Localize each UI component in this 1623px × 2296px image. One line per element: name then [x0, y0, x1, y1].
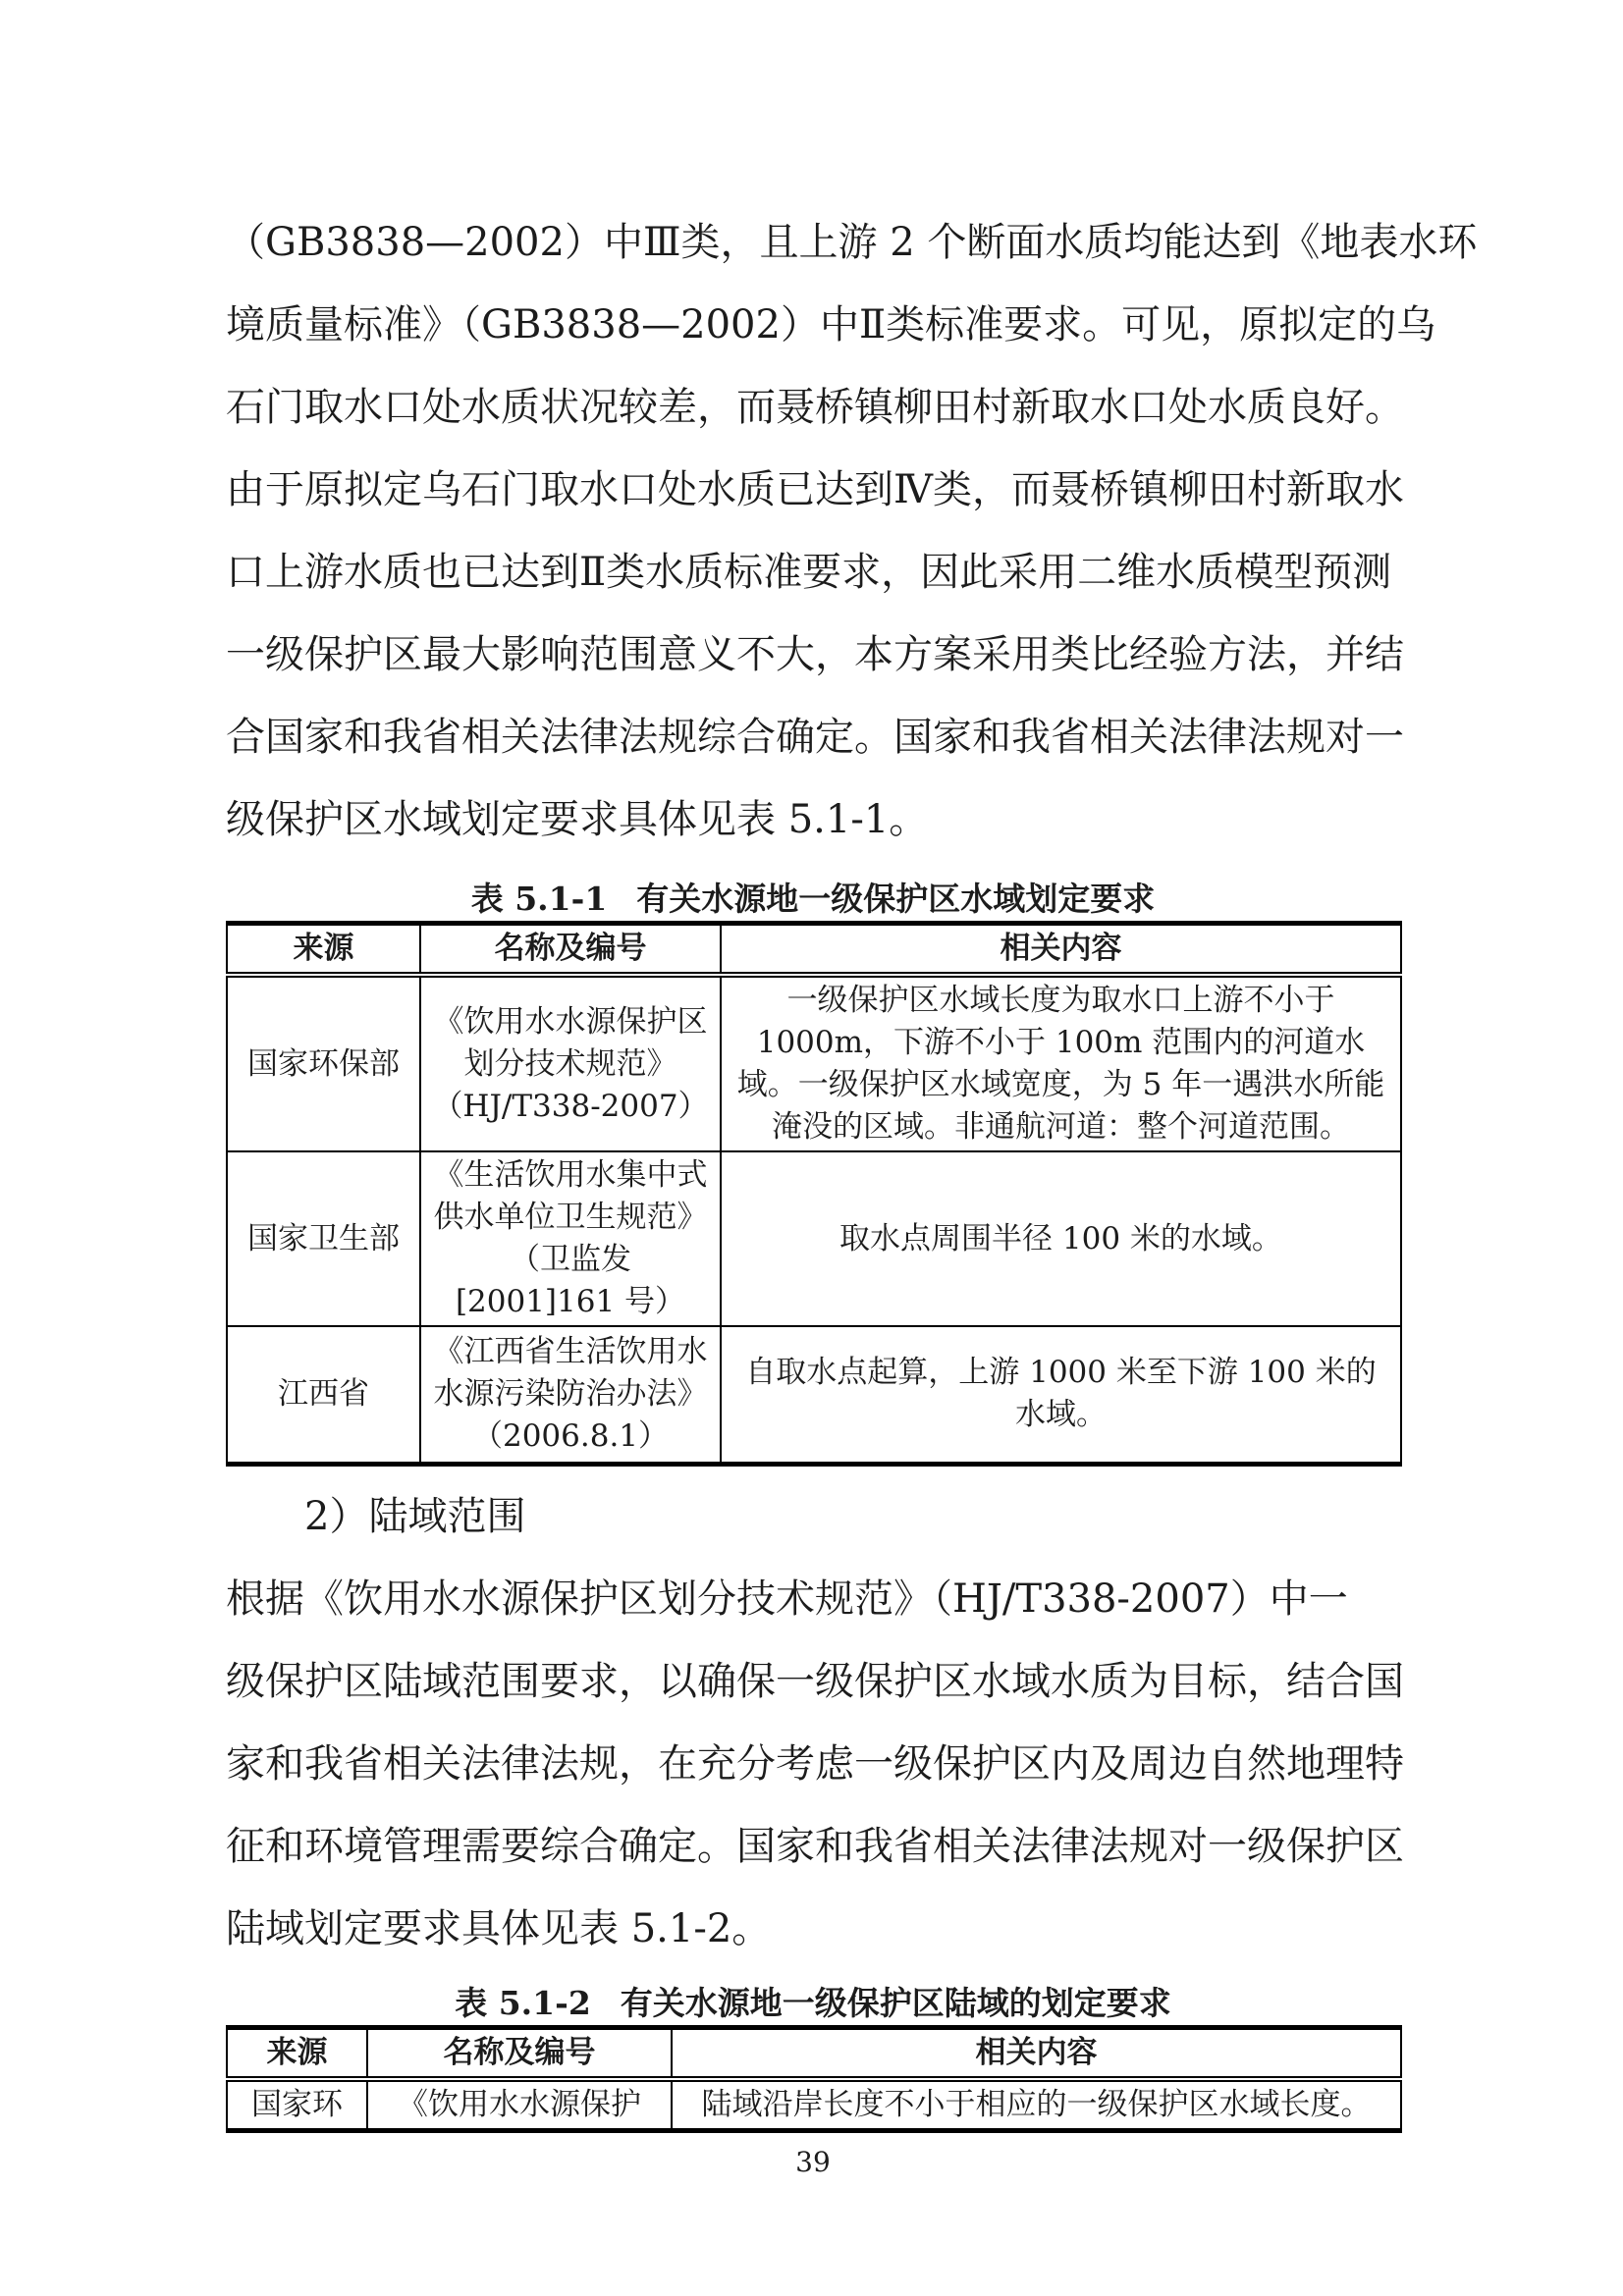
table-cell-content: 一级保护区水域长度为取水口上游不小于 1000m，下游不小于 100m 范围内的…: [721, 975, 1401, 1151]
paragraph-line: 境质量标准》（GB3838—2002）中Ⅱ类标准要求。可见，原拟定的乌: [226, 284, 1400, 366]
paragraph-line: 级保护区陆域范围要求，以确保一级保护区水域水质为目标，结合国: [226, 1640, 1400, 1723]
table-cell-name: 《生活饮用水集中式供水单位卫生规范》（卫监发[2001]161 号）: [420, 1151, 721, 1326]
table-cell-name: 《江西省生活饮用水水源污染防治办法》（2006.8.1）: [420, 1326, 721, 1464]
table-header-cell-content: 相关内容: [672, 2027, 1401, 2079]
table-row: 江西省 《江西省生活饮用水水源污染防治办法》（2006.8.1） 自取水点起算，…: [227, 1326, 1401, 1464]
paragraph-line: 由于原拟定乌石门取水口处水质已达到Ⅳ类，而聂桥镇柳田村新取水: [226, 449, 1400, 531]
paragraph-line: 陆域划定要求具体见表 5.1-2。: [226, 1888, 1400, 1970]
paragraph-continuation: （GB3838—2002）中Ⅲ类，且上游 2 个断面水质均能达到《地表水环 境质…: [226, 201, 1400, 861]
table-row: 国家卫生部 《生活饮用水集中式供水单位卫生规范》（卫监发[2001]161 号）…: [227, 1151, 1401, 1326]
paragraph-line: 一级保护区最大影响范围意义不大，本方案采用类比经验方法，并结: [226, 614, 1400, 696]
table2-caption-text: 有关水源地一级保护区陆域的划定要求: [621, 1984, 1171, 2022]
table-header-cell-name: 名称及编号: [367, 2027, 672, 2079]
table-cell-source: 国家环保部: [227, 975, 420, 1151]
table-header-cell-source: 来源: [227, 924, 420, 976]
paragraph-line: 石门取水口处水质状况较差，而聂桥镇柳田村新取水口处水质良好。: [226, 366, 1400, 449]
table-cell-source: 国家环: [227, 2079, 367, 2131]
paragraph-line: 口上游水质也已达到Ⅱ类水质标准要求，因此采用二维水质模型预测: [226, 531, 1400, 614]
table-row: 国家环保部 《饮用水水源保护区划分技术规范》（HJ/T338-2007） 一级保…: [227, 975, 1401, 1151]
table-header-cell-source: 来源: [227, 2027, 367, 2079]
table1-water-zone-requirements: 来源 名称及编号 相关内容 国家环保部 《饮用水水源保护区划分技术规范》（HJ/…: [226, 921, 1402, 1467]
page-content: （GB3838—2002）中Ⅲ类，且上游 2 个断面水质均能达到《地表水环 境质…: [226, 201, 1400, 2178]
table-cell-source: 江西省: [227, 1326, 420, 1464]
paragraph-line: 合国家和我省相关法律法规综合确定。国家和我省相关法律法规对一: [226, 696, 1400, 778]
table2-land-zone-requirements: 来源 名称及编号 相关内容 国家环 《饮用水水源保护 陆域沿岸长度不小于相应的一…: [226, 2025, 1402, 2133]
paragraph-line: 家和我省相关法律法规，在充分考虑一级保护区内及周边自然地理特: [226, 1723, 1400, 1805]
table-header-cell-name: 名称及编号: [420, 924, 721, 976]
paragraph-line: 征和环境管理需要综合确定。国家和我省相关法律法规对一级保护区: [226, 1805, 1400, 1888]
table-cell-content: 陆域沿岸长度不小于相应的一级保护区水域长度。: [672, 2079, 1401, 2131]
table-row: 国家环 《饮用水水源保护 陆域沿岸长度不小于相应的一级保护区水域长度。: [227, 2079, 1401, 2131]
paragraph-line: （GB3838—2002）中Ⅲ类，且上游 2 个断面水质均能达到《地表水环: [226, 201, 1400, 284]
table-header-cell-content: 相关内容: [721, 924, 1401, 976]
table-cell-source: 国家卫生部: [227, 1151, 420, 1326]
document-page: （GB3838—2002）中Ⅲ类，且上游 2 个断面水质均能达到《地表水环 境质…: [0, 0, 1623, 2296]
table-header-row: 来源 名称及编号 相关内容: [227, 2027, 1401, 2079]
table2-caption: 表 5.1-2有关水源地一级保护区陆域的划定要求: [226, 1982, 1400, 2025]
paragraph-land-area: 根据《饮用水水源保护区划分技术规范》（HJ/T338-2007）中一 级保护区陆…: [226, 1558, 1400, 1970]
table2-caption-label: 表 5.1-2: [455, 1984, 591, 2022]
table-cell-name: 《饮用水水源保护: [367, 2079, 672, 2131]
page-number: 39: [226, 2147, 1400, 2178]
table1-caption-text: 有关水源地一级保护区水域划定要求: [636, 880, 1155, 918]
table-header-row: 来源 名称及编号 相关内容: [227, 924, 1401, 976]
section-heading-land-area: 2）陆域范围: [226, 1475, 1400, 1558]
table-cell-content: 自取水点起算，上游 1000 米至下游 100 米的水域。: [721, 1326, 1401, 1464]
table-cell-name: 《饮用水水源保护区划分技术规范》（HJ/T338-2007）: [420, 975, 721, 1151]
paragraph-line: 级保护区水域划定要求具体见表 5.1-1。: [226, 778, 1400, 861]
table1-caption: 表 5.1-1有关水源地一级保护区水域划定要求: [226, 878, 1400, 921]
table-cell-content: 取水点周围半径 100 米的水域。: [721, 1151, 1401, 1326]
table1-caption-label: 表 5.1-1: [471, 880, 608, 918]
paragraph-line: 根据《饮用水水源保护区划分技术规范》（HJ/T338-2007）中一: [226, 1558, 1400, 1640]
